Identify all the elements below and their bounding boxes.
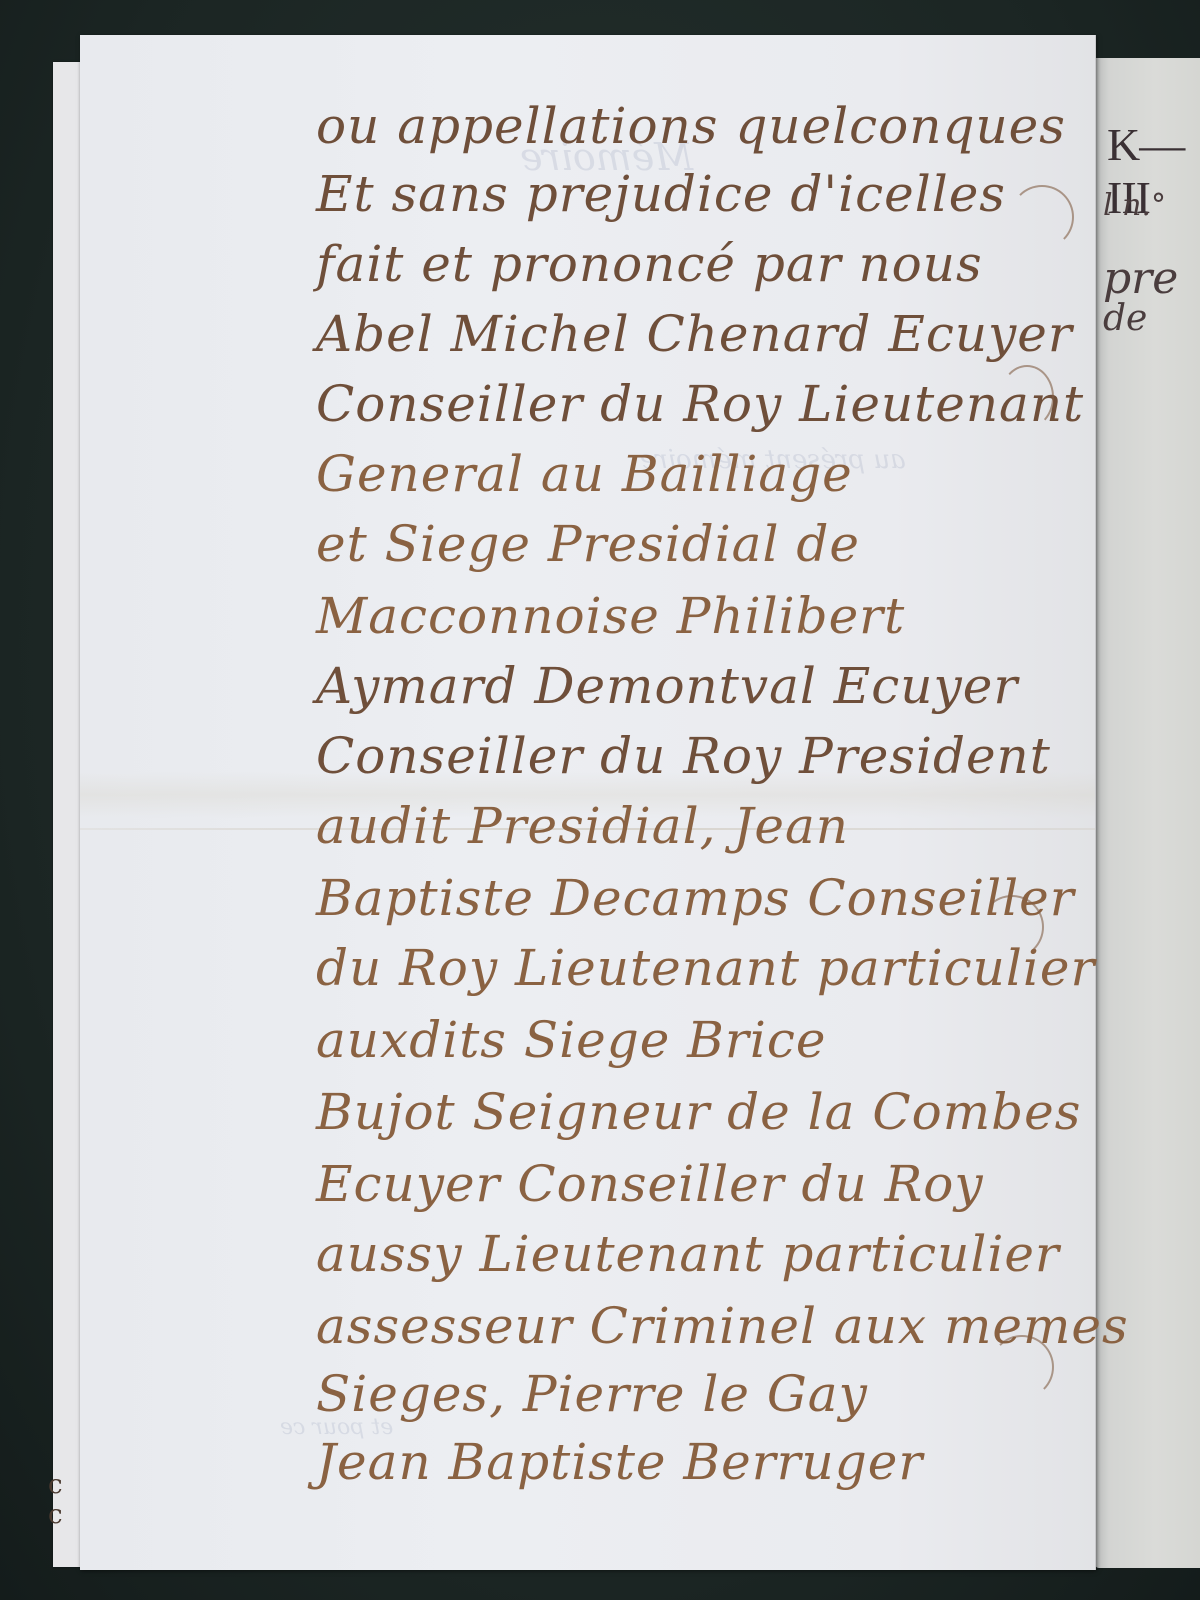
pen-flourish: [1010, 185, 1074, 249]
manuscript-line: ou appellations quelconques: [316, 97, 1066, 155]
manuscript-line: Macconnoise Philibert: [316, 587, 905, 645]
manuscript-line: General au Bailliage: [316, 445, 853, 503]
manuscript-line: Baptiste Decamps Conseiller: [316, 869, 1075, 927]
leaf-note: l n.°: [1103, 188, 1166, 223]
manuscript-line: auxdits Siege Brice: [316, 1011, 826, 1069]
manuscript-line: Conseiller du Roy Lieutenant: [316, 375, 1084, 433]
leaf-note: de: [1103, 298, 1147, 339]
pen-flourish: [980, 895, 1044, 959]
manuscript-line: et Siege Presidial de: [316, 515, 860, 573]
manuscript-line: Jean Baptiste Berruger: [316, 1433, 923, 1491]
manuscript-line: du Roy Lieutenant particulier: [316, 939, 1095, 997]
manuscript-line: aussy Lieutenant particulier: [316, 1225, 1060, 1283]
margin-mark: c: [48, 1500, 63, 1530]
manuscript-line: Ecuyer Conseiller du Roy: [316, 1155, 984, 1213]
manuscript-line: Bujot Seigneur de la Combes: [316, 1083, 1081, 1141]
margin-mark: c: [48, 1470, 63, 1500]
manuscript-line: Abel Michel Chenard Ecuyer: [316, 305, 1073, 363]
pen-flourish: [990, 1335, 1054, 1399]
leaf-note: pre: [1103, 253, 1178, 304]
manuscript-line: Aymard Demontval Ecuyer: [316, 657, 1018, 715]
manuscript-line: Conseiller du Roy President: [316, 727, 1051, 785]
manuscript-page: Mémoire au présent mémoire et pour ce ou…: [80, 35, 1096, 1570]
manuscript-line: Et sans prejudice d'icelles: [316, 165, 1006, 223]
manuscript-line: audit Presidial, Jean: [316, 797, 849, 855]
manuscript-line: Sieges, Pierre le Gay: [316, 1365, 868, 1423]
pen-flourish: [1000, 365, 1054, 429]
manuscript-line: fait et prononcé par nous: [316, 235, 983, 293]
